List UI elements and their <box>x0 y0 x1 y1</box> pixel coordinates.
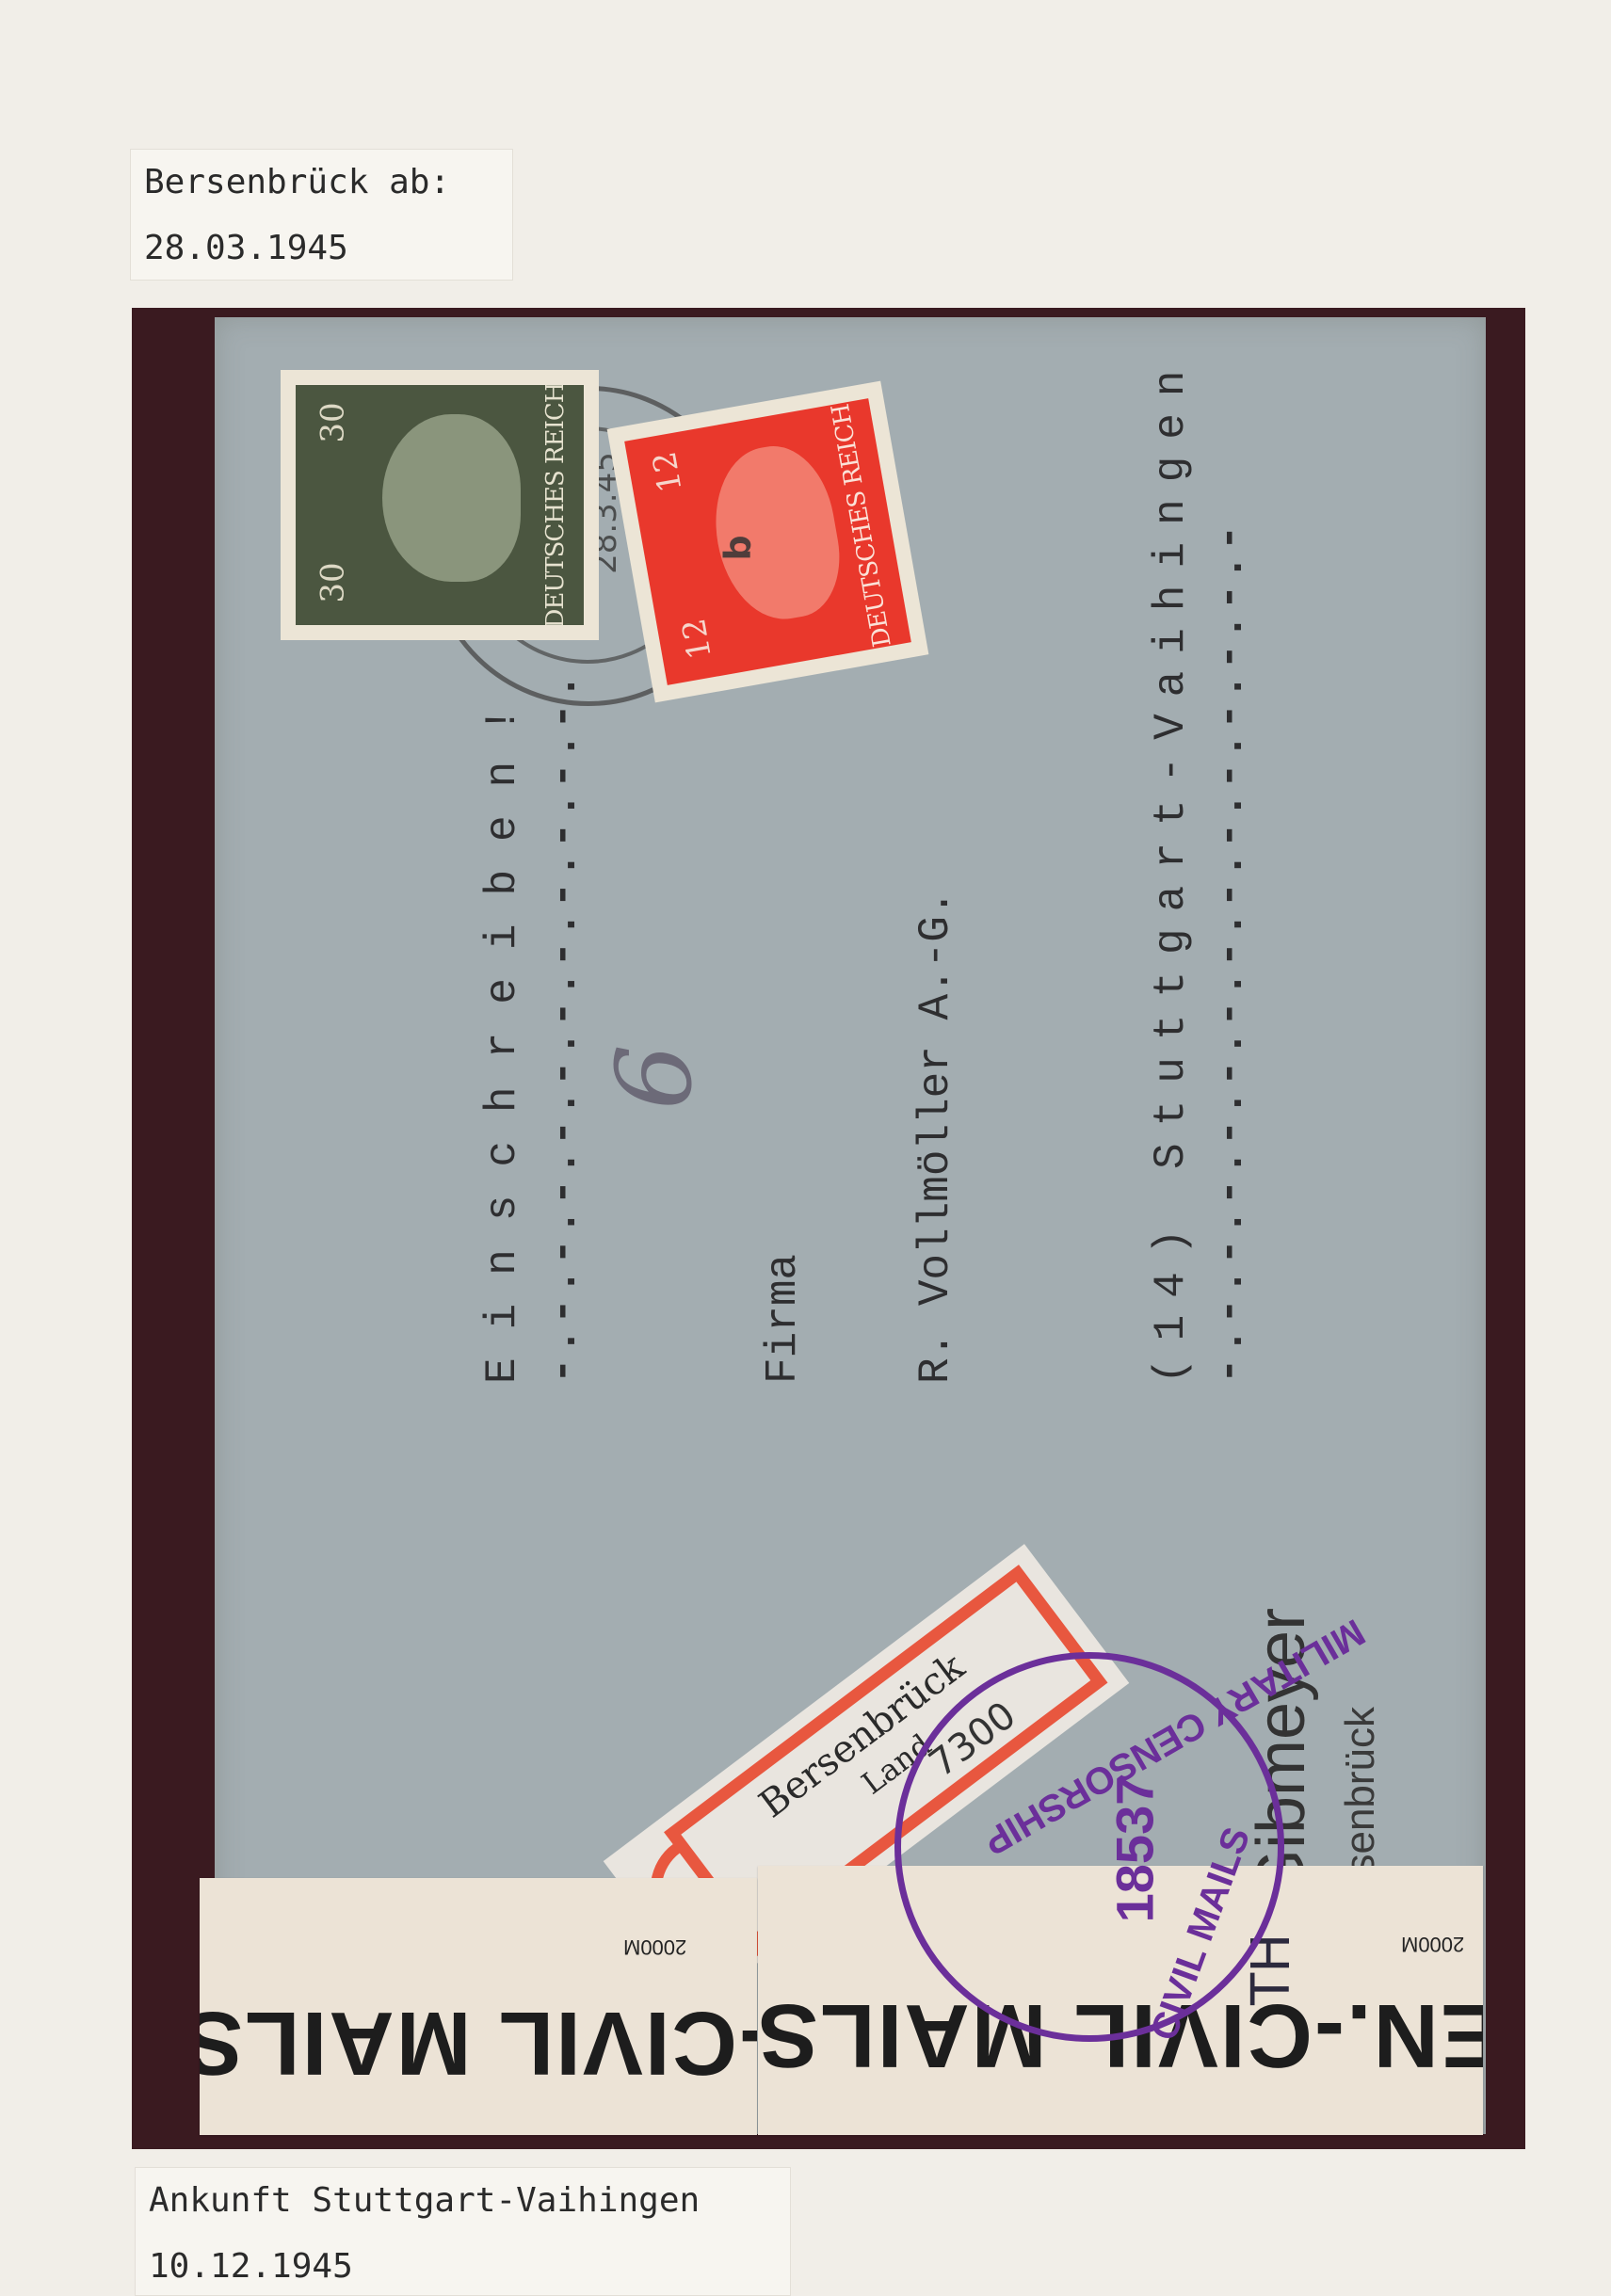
stamp-value-top: 30 <box>314 402 352 442</box>
tape-print-code: 2000M <box>1401 1932 1464 1956</box>
stamp-value-top: 12 <box>646 449 690 496</box>
caption-arrival-place: Ankunft Stuttgart-Vaihingen <box>149 2181 700 2220</box>
stamp-country: DEUTSCHES REICH <box>541 385 570 625</box>
stamp-design: 30 30 DEUTSCHES REICH <box>296 385 584 625</box>
stamp-12-red: 12 12 DEUTSCHES REICH <box>607 381 929 703</box>
portrait-image <box>382 414 521 583</box>
stamp-value-bottom: 30 <box>314 562 352 602</box>
address-city: (14) Stuttgart-Vaihingen <box>1147 353 1196 1384</box>
address-firma: Firma <box>759 1254 808 1384</box>
postmark-letter: b <box>717 535 759 560</box>
caption-departure-place: Bersenbrück ab: <box>144 163 450 201</box>
pencil-notation: 6 <box>594 1044 715 1110</box>
address-registered-note: Einschreiben! <box>478 679 527 1384</box>
caption-arrival: Ankunft Stuttgart-Vaihingen 10.12.1945 <box>135 2167 791 2296</box>
stamp-30-green: 30 30 DEUTSCHES REICH <box>281 370 599 640</box>
tape-print-code: 2000M <box>623 1935 686 1959</box>
tape-text: CEN.-CIVIL MAILS <box>200 1991 757 2095</box>
stamp-value-bottom: 12 <box>675 616 719 663</box>
address-company: R. Vollmöller A.-G. <box>911 891 960 1385</box>
caption-departure-date: 28.03.1945 <box>144 229 348 267</box>
caption-arrival-date: 10.12.1945 <box>149 2247 353 2286</box>
underline-dots: -.-.-.-.-.-.-.-.-.-.-.-. <box>539 669 588 1384</box>
caption-departure: Bersenbrück ab: 28.03.1945 <box>130 149 513 281</box>
military-censorship-stamp: MILITARY CENSORSHIP 18537 CIVIL MAILS <box>894 1652 1284 2042</box>
stamp-design: 12 12 DEUTSCHES REICH <box>624 398 911 685</box>
portrait-image <box>702 437 849 628</box>
underline-dots: -.-.-.-.-.-.-.-.-.-.-.-.-.-.- <box>1205 521 1254 1384</box>
stamp-country: DEUTSCHES REICH <box>827 402 897 649</box>
censor-tape-left: 2000M CEN.-CIVIL MAILS <box>200 1878 757 2135</box>
censor-stamp-number: 18537 <box>1104 1776 1165 1923</box>
